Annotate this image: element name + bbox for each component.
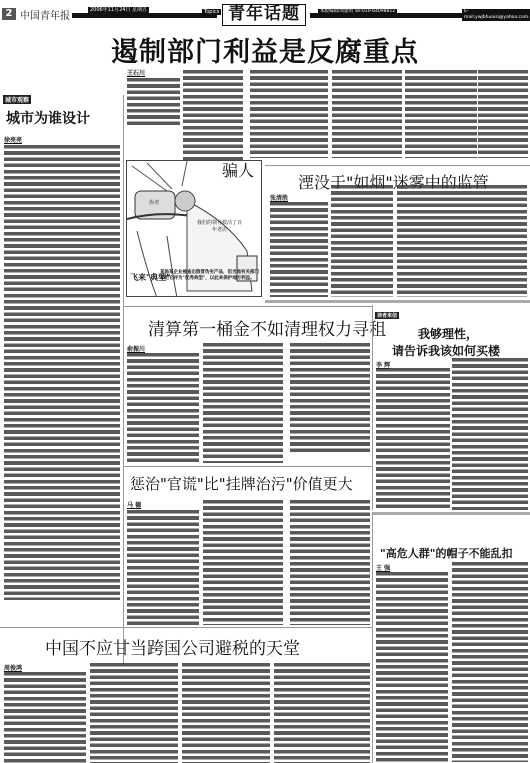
section-divider bbox=[124, 466, 372, 467]
left-author: 徐亮亮 bbox=[4, 135, 22, 144]
paper-name: 中国青年报 bbox=[20, 7, 70, 22]
right-box-headline-1: 我够理性， bbox=[418, 325, 478, 342]
email-address[interactable]: E-mail:ywjbhuaisi@yahoo.com.cn bbox=[462, 9, 530, 21]
main-headline: 遏制部门利益是反腐重点 bbox=[0, 30, 530, 69]
section-title: 青年话题 bbox=[222, 4, 306, 26]
editor-info: 本版编辑/周建明 Tel:010-64098812 bbox=[318, 9, 397, 15]
main-body-col-1 bbox=[127, 78, 180, 126]
section-divider bbox=[124, 306, 372, 307]
lower-center-col-3 bbox=[290, 500, 370, 625]
left-headline: 城市为谁设计 bbox=[6, 108, 90, 128]
center-col-3 bbox=[290, 343, 370, 453]
section-divider bbox=[0, 627, 372, 628]
box-divider bbox=[372, 305, 373, 510]
masthead: 2 中国青年报 2006年11月24日 星期五 Topics 青年话题 本版编辑… bbox=[0, 6, 530, 20]
right-box-headline-2: 请告诉我该如何买楼 bbox=[392, 342, 500, 359]
topics-label: Topics bbox=[202, 9, 221, 15]
right-box-col-1 bbox=[376, 368, 450, 510]
center-col-2 bbox=[203, 343, 283, 463]
column-tag: 城市观察 bbox=[3, 95, 31, 104]
section-divider bbox=[265, 165, 530, 166]
right-box-col-2 bbox=[452, 358, 528, 510]
column-divider bbox=[123, 95, 124, 665]
box-divider bbox=[372, 512, 373, 763]
main-body-col-4 bbox=[332, 70, 402, 158]
center-col-1 bbox=[127, 353, 199, 463]
center-headline: 清算第一桶金不如清理权力寻租 bbox=[148, 315, 386, 340]
lower-center-author: 马 德 bbox=[127, 500, 141, 509]
mid-right-col-1 bbox=[270, 202, 328, 297]
right-box-tag: 读者来信 bbox=[375, 312, 399, 319]
bottom-headline: 中国不应甘当跨国公司避税的天堂 bbox=[45, 634, 300, 659]
cartoon-bubble: 我们的领导救活了百年老店 bbox=[197, 219, 242, 233]
lower-center-col-2 bbox=[203, 500, 283, 625]
main-body-col-5 bbox=[405, 70, 477, 158]
page-number: 2 bbox=[2, 8, 16, 20]
lower-right-col-2 bbox=[452, 562, 528, 762]
left-column-body bbox=[4, 145, 120, 600]
main-body-col-6 bbox=[478, 70, 528, 158]
mid-right-author: 张清胜 bbox=[270, 193, 288, 202]
bottom-col-3 bbox=[182, 663, 270, 763]
lower-right-author: 王 强 bbox=[376, 563, 390, 572]
cartoon-caption: 某地某企业被查出假冒伪劣产品，但当地有关部门却把它评为"优秀典型"，以此来保护地… bbox=[160, 270, 260, 282]
cartoon-label-scam: 骗人 bbox=[222, 158, 254, 181]
mid-right-col-2 bbox=[331, 185, 393, 297]
mid-right-col-3 bbox=[397, 185, 527, 297]
bottom-col-1 bbox=[4, 672, 86, 763]
center-author: 俞振川 bbox=[127, 344, 145, 353]
main-author: 王石川 bbox=[127, 68, 145, 77]
lower-center-col-1 bbox=[127, 510, 199, 625]
main-body-col-2 bbox=[183, 70, 243, 165]
lower-right-headline: "高危人群"的帽子不能乱扣 bbox=[380, 545, 512, 561]
bottom-author: 周俊鸿 bbox=[4, 663, 22, 672]
thick-divider bbox=[372, 512, 530, 515]
cartoon-shield-label: 伪劣 bbox=[139, 199, 169, 206]
thick-divider bbox=[265, 300, 530, 303]
bottom-col-4 bbox=[274, 663, 370, 763]
masthead-bar-left bbox=[72, 13, 217, 18]
bottom-col-2 bbox=[90, 663, 178, 763]
lower-right-col-1 bbox=[376, 572, 448, 762]
issue-date: 2006年11月24日 星期五 bbox=[88, 7, 149, 13]
lower-center-headline: 惩治"官谎"比"挂牌治污"价值更大 bbox=[130, 473, 353, 494]
main-body-col-3 bbox=[250, 70, 328, 158]
